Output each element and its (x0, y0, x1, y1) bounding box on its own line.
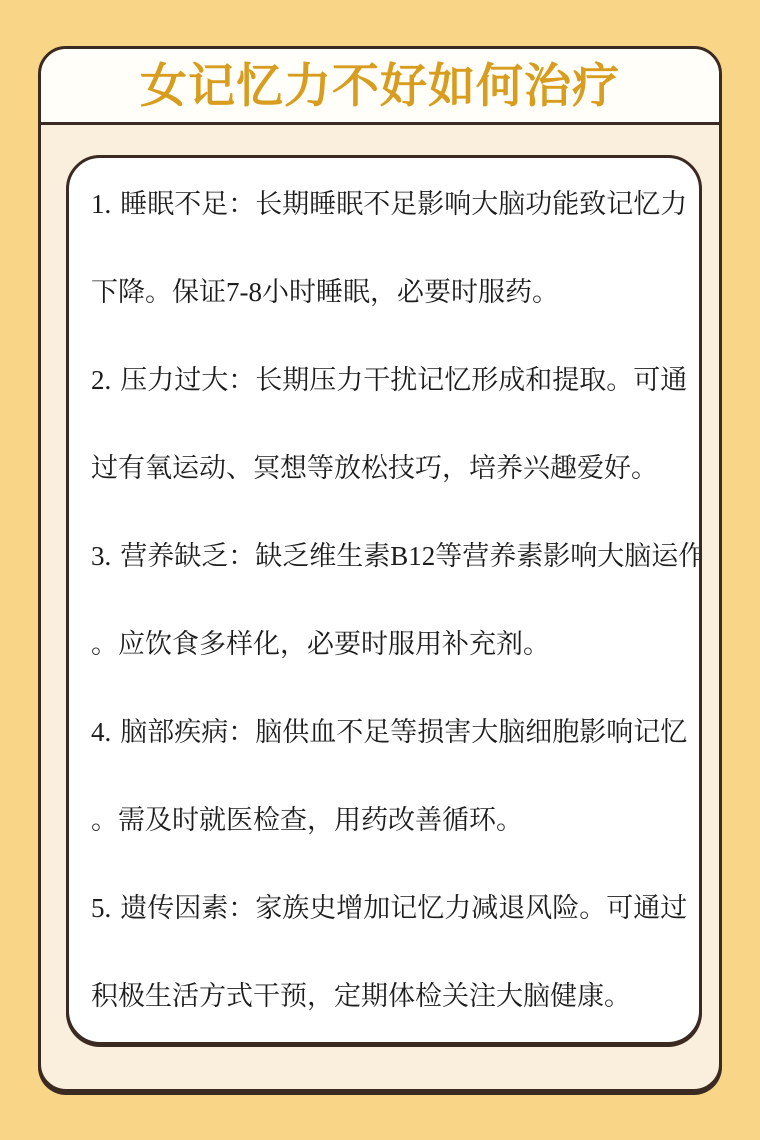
list-item-line: 4. 脑部疾病：脑供血不足等损害大脑细胞影响记忆 (91, 688, 677, 776)
item-number: 2. (91, 364, 111, 396)
item-number: 5. (91, 892, 111, 924)
list-item-line: 过有氧运动、冥想等放松技巧，培养兴趣爱好。 (91, 424, 677, 512)
item-text: 营养缺乏：缺乏维生素B12等营养素影响大脑运作 (120, 540, 702, 572)
list-item-line: 下降。保证7-8小时睡眠，必要时服药。 (91, 248, 677, 336)
title-band: 女记忆力不好如何治疗 (41, 49, 719, 125)
item-text: 下降。保证7-8小时睡眠，必要时服药。 (91, 276, 559, 308)
item-text: 脑部疾病：脑供血不足等损害大脑细胞影响记忆 (120, 716, 687, 748)
list-item-line: 。应饮食多样化，必要时服用补充剂。 (91, 600, 677, 688)
item-text: 过有氧运动、冥想等放松技巧，培养兴趣爱好。 (91, 452, 658, 484)
list-item-line: 2. 压力过大：长期压力干扰记忆形成和提取。可通 (91, 336, 677, 424)
item-number: 4. (91, 716, 111, 748)
page-title: 女记忆力不好如何治疗 (140, 62, 620, 109)
list-item-line: 1. 睡眠不足：长期睡眠不足影响大脑功能致记忆力 (91, 160, 677, 248)
item-text: 。需及时就医检查，用药改善循环。 (91, 804, 523, 836)
item-number: 3. (91, 540, 111, 572)
list-item-line: 。需及时就医检查，用药改善循环。 (91, 776, 677, 864)
item-text: 睡眠不足：长期睡眠不足影响大脑功能致记忆力 (120, 188, 687, 220)
item-text: 压力过大：长期压力干扰记忆形成和提取。可通 (120, 364, 687, 396)
item-text: 。应饮食多样化，必要时服用补充剂。 (91, 628, 550, 660)
item-number: 1. (91, 188, 111, 220)
info-card: 女记忆力不好如何治疗 1. 睡眠不足：长期睡眠不足影响大脑功能致记忆力 下降。保… (38, 46, 722, 1092)
list-item-line: 积极生活方式干预，定期体检关注大脑健康。 (91, 952, 677, 1040)
poster-background: { "card": { "title": "女记忆力不好如何治疗", "item… (0, 0, 760, 1140)
item-text: 积极生活方式干预，定期体检关注大脑健康。 (91, 980, 631, 1012)
content-panel: 1. 睡眠不足：长期睡眠不足影响大脑功能致记忆力 下降。保证7-8小时睡眠，必要… (66, 155, 702, 1045)
list-item-line: 3. 营养缺乏：缺乏维生素B12等营养素影响大脑运作 (91, 512, 677, 600)
list-item-line: 5. 遗传因素：家族史增加记忆力减退风险。可通过 (91, 864, 677, 952)
item-text: 遗传因素：家族史增加记忆力减退风险。可通过 (120, 892, 687, 924)
